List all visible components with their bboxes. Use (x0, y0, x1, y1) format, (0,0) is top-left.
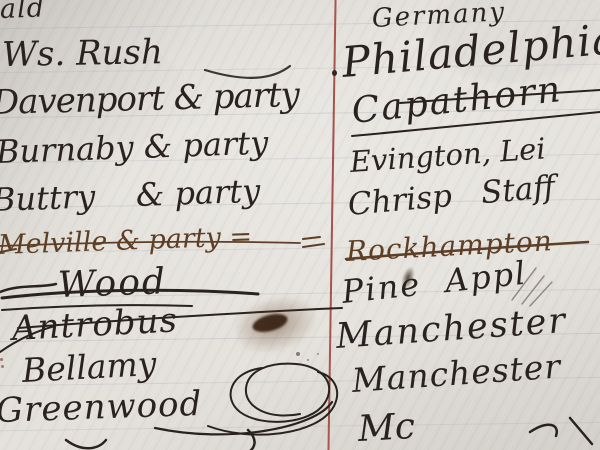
bottom-right-partial-stroke (530, 418, 592, 444)
ledger-entry-right-8: Manchester (351, 349, 562, 397)
ledger-photo: ald Ws. Rush Davenport & party Burnaby &… (0, 0, 600, 450)
ink-dot (332, 70, 337, 76)
ink-specks (296, 352, 300, 356)
ledger-entry-left-4: Buttry & party (0, 175, 261, 216)
loop-flourish (231, 364, 330, 422)
bottom-partial-stroke-2 (246, 430, 255, 450)
loop-flourish-tail (208, 372, 337, 435)
ledger-entry-left-5: Melville & party = (0, 223, 253, 259)
ledger-entry-left-1: Ws. Rush (2, 35, 163, 72)
ledger-entry-right-9: Mc (357, 409, 416, 448)
ledger-entry-left-6: Wood (57, 264, 167, 304)
bottom-partial-stroke (66, 440, 106, 448)
wood-lead-stroke (0, 284, 56, 292)
ledger-entry-left-0: ald (0, 0, 45, 23)
ledger-entry-left-2: Davenport & party (0, 78, 299, 120)
ink-speck-left-edge (0, 358, 3, 361)
ledger-entry-left-9: Greenwood (0, 387, 203, 428)
ledger-entry-left-3: Burnaby & party (0, 127, 269, 168)
ledger-entry-left-8: Bellamy (21, 347, 157, 387)
red-column-divider (327, 0, 336, 450)
ledger-entry-left-7: Antrobus (11, 303, 179, 346)
ledger-entry-right-3: Evington, Lei (349, 134, 547, 177)
ledger-entry-right-4: Chrisp Staff (347, 172, 557, 221)
